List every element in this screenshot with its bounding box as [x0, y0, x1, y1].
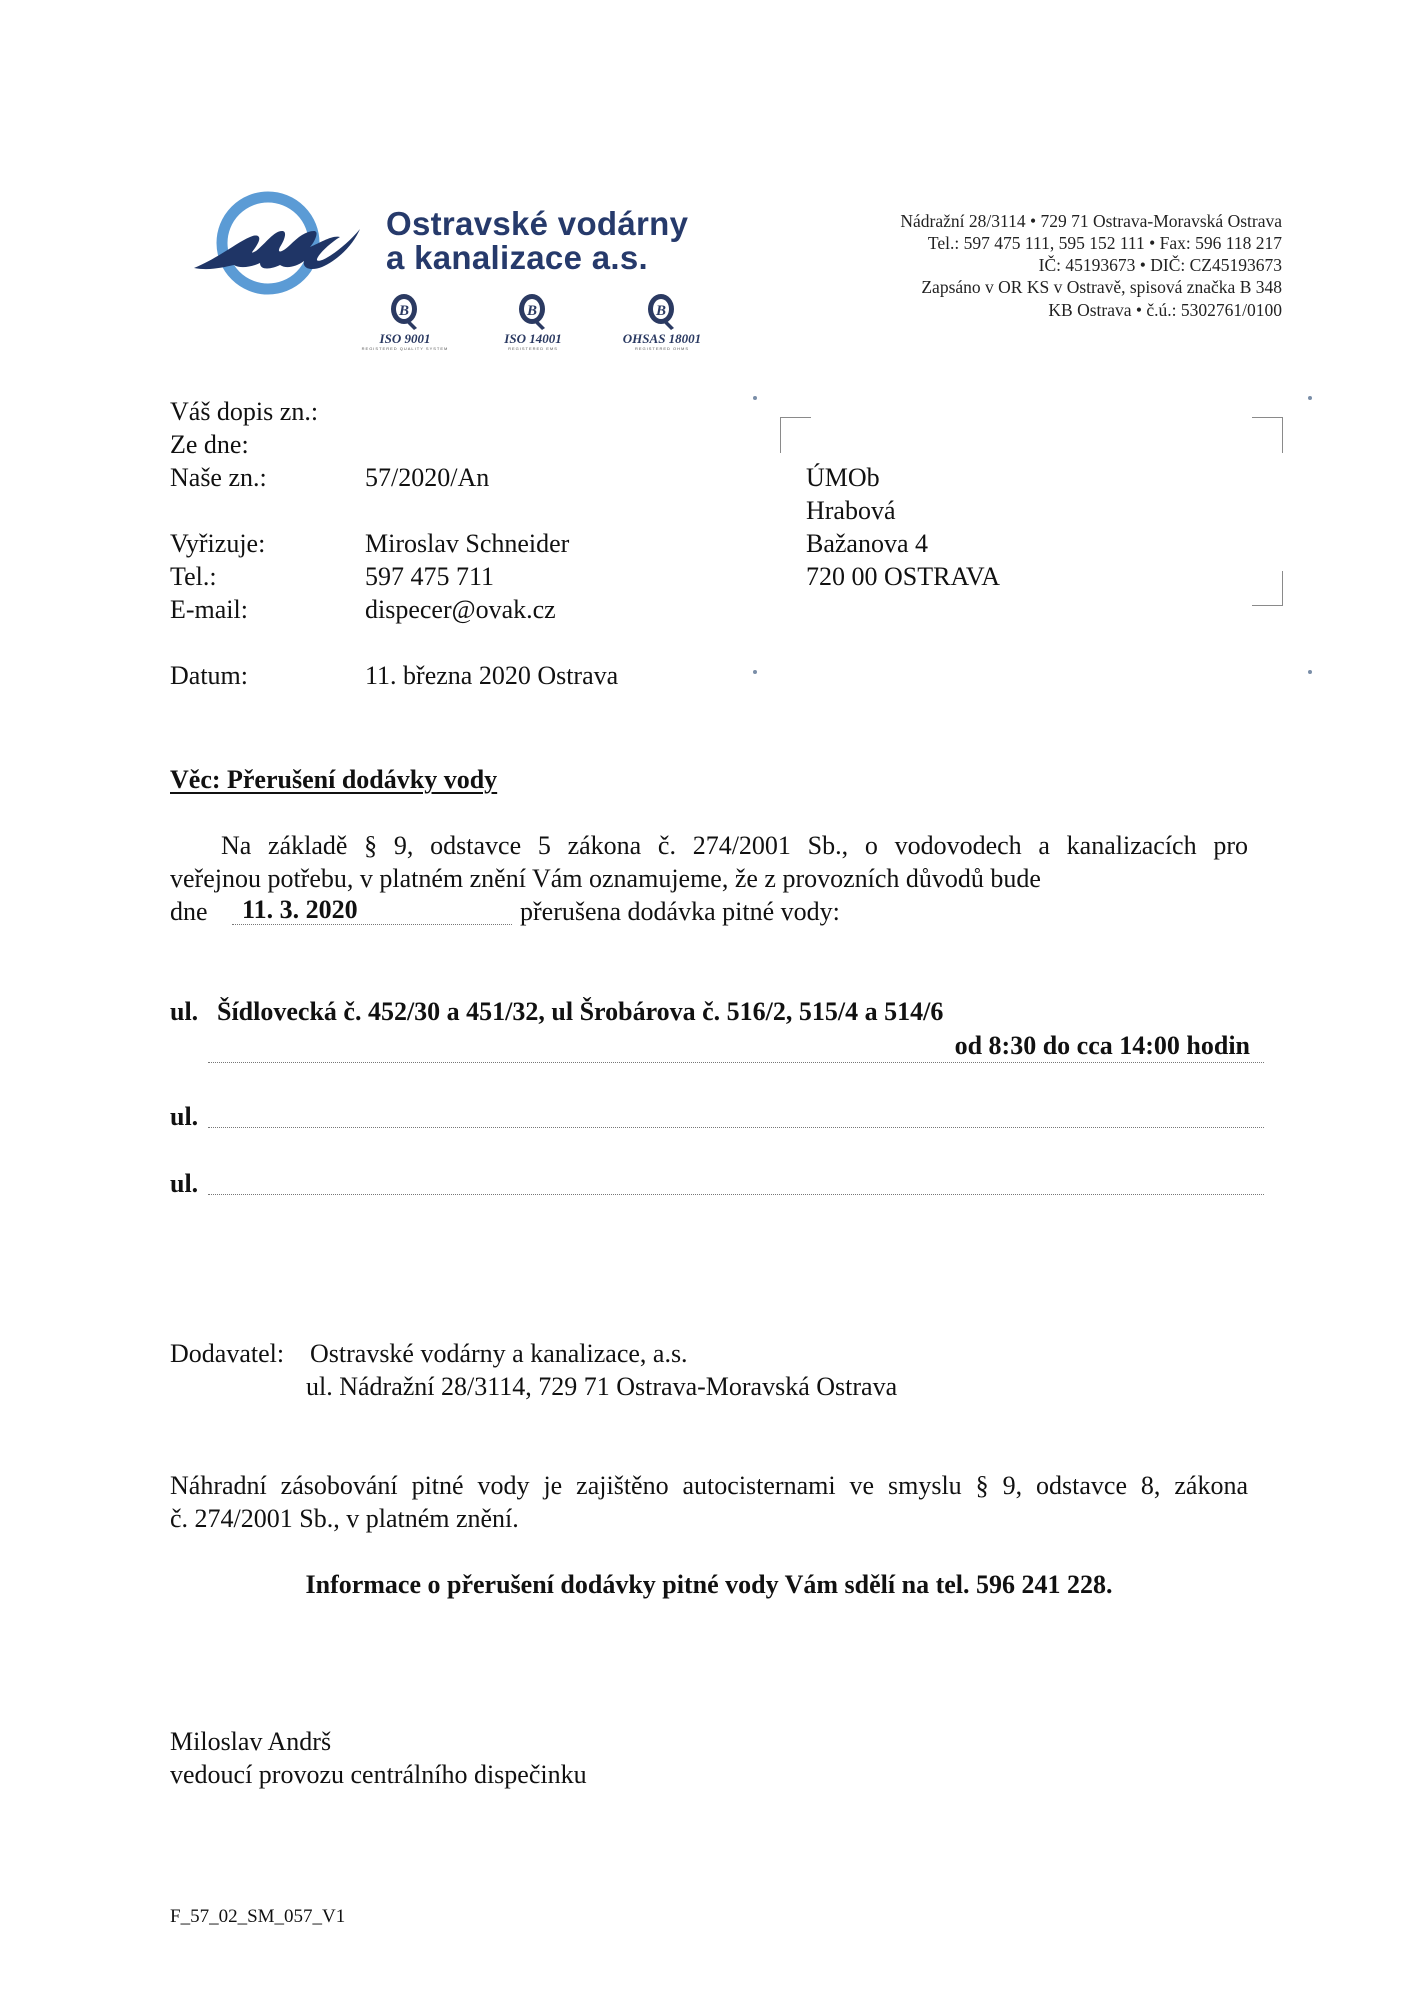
- address-corner-mark: [1252, 571, 1283, 606]
- signatory-name: Miloslav Andrš: [170, 1725, 331, 1758]
- certification-label: OHSAS 18001: [607, 332, 717, 346]
- ref-label-email: E-mail:: [170, 593, 248, 626]
- certification-badge: B ISO 14001 REGISTERED EMS: [478, 292, 588, 352]
- street-fill-line-2: [208, 1127, 1264, 1128]
- company-name-line1: Ostravské vodárny: [386, 206, 688, 242]
- header-bank-account: KB Ostrava • č.ú.: 5302761/0100: [1048, 299, 1282, 321]
- certification-sublabel: REGISTERED EMS: [478, 346, 588, 352]
- supplier-label: Dodavatel:: [170, 1337, 284, 1370]
- ref-value-phone: 597 475 711: [365, 560, 494, 593]
- form-code: F_57_02_SM_057_V1: [170, 1905, 345, 1929]
- replacement-line2: č. 274/2001 Sb., v platném znění.: [170, 1502, 519, 1535]
- window-marker-dot: [1308, 396, 1312, 400]
- ref-value-handled-by: Miroslav Schneider: [365, 527, 569, 560]
- recipient-line-office: ÚMOb: [806, 461, 880, 494]
- bq-certification-icon: B: [388, 292, 422, 332]
- ref-label-handled-by: Vyřizuje:: [170, 527, 265, 560]
- street-prefix: ul.: [170, 1100, 198, 1133]
- interruption-date: 11. 3. 2020: [242, 893, 358, 926]
- svg-text:B: B: [398, 303, 409, 319]
- intro-paragraph-line2: veřejnou potřebu, v platném znění Vám oz…: [170, 862, 1041, 895]
- company-name-line2: a kanalizace a.s.: [386, 240, 648, 276]
- ref-value-email: dispecer@ovak.cz: [365, 593, 556, 626]
- ref-label-our-ref: Naše zn.:: [170, 461, 267, 494]
- certification-badge: B OHSAS 18001 REGISTERED OHMS: [607, 292, 717, 352]
- address-corner-mark: [780, 417, 811, 453]
- svg-text:B: B: [526, 303, 537, 319]
- certification-sublabel: REGISTERED OHMS: [607, 346, 717, 352]
- street-fill-line-3: [208, 1194, 1264, 1195]
- ref-label-phone: Tel.:: [170, 560, 217, 593]
- address-corner-mark: [1252, 417, 1283, 453]
- time-range: od 8:30 do cca 14:00 hodin: [955, 1029, 1250, 1062]
- supplier-name: Ostravské vodárny a kanalizace, a.s.: [310, 1337, 688, 1370]
- certification-sublabel: REGISTERED QUALITY SYSTEM: [350, 346, 460, 352]
- info-phone-line: Informace o přerušení dodávky pitné vody…: [170, 1568, 1248, 1601]
- recipient-line-city: 720 00 OSTRAVA: [806, 560, 1000, 593]
- ref-value-date: 11. března 2020 Ostrava: [365, 659, 618, 692]
- street-entry-1: Šídlovecká č. 452/30 a 451/32, ul Šrobár…: [217, 995, 943, 1028]
- ref-label-your-letter: Váš dopis zn.:: [170, 395, 318, 428]
- header-phone-fax: Tel.: 597 475 111, 595 152 111 • Fax: 59…: [928, 232, 1282, 254]
- date-prefix: dne: [170, 895, 208, 928]
- signatory-title: vedoucí provozu centrálního dispečinku: [170, 1758, 587, 1791]
- bq-certification-icon: B: [516, 292, 550, 332]
- certification-badge: B ISO 9001 REGISTERED QUALITY SYSTEM: [350, 292, 460, 352]
- street-prefix: ul.: [170, 1167, 198, 1200]
- header-tax-ids: IČ: 45193673 • DIČ: CZ45193673: [1039, 254, 1282, 276]
- ref-label-date: Datum:: [170, 659, 248, 692]
- ref-value-our-ref: 57/2020/An: [365, 461, 489, 494]
- street-fill-line-1: [208, 1062, 1264, 1063]
- certification-label: ISO 14001: [478, 332, 588, 346]
- intro-paragraph-line1: Na základě § 9, odstavce 5 zákona č. 274…: [170, 829, 1248, 862]
- certification-label: ISO 9001: [350, 332, 460, 346]
- window-marker-dot: [753, 670, 757, 674]
- replacement-line1: Náhradní zásobování pitné vody je zajišt…: [170, 1469, 1248, 1502]
- svg-text:B: B: [655, 303, 666, 319]
- recipient-line-district: Hrabová: [806, 494, 896, 527]
- window-marker-dot: [1308, 670, 1312, 674]
- street-prefix: ul.: [170, 995, 198, 1028]
- supplier-address: ul. Nádražní 28/3114, 729 71 Ostrava-Mor…: [306, 1370, 897, 1403]
- ref-label-date-of: Ze dne:: [170, 428, 249, 461]
- bq-certification-icon: B: [645, 292, 679, 332]
- header-address: Nádražní 28/3114 • 729 71 Ostrava-Moravs…: [900, 210, 1282, 232]
- recipient-line-street: Bažanova 4: [806, 527, 928, 560]
- subject-heading: Věc: Přerušení dodávky vody: [170, 763, 497, 796]
- date-suffix: přerušena dodávka pitné vody:: [520, 895, 840, 928]
- window-marker-dot: [753, 396, 757, 400]
- header-registration: Zapsáno v OR KS v Ostravě, spisová značk…: [921, 276, 1282, 298]
